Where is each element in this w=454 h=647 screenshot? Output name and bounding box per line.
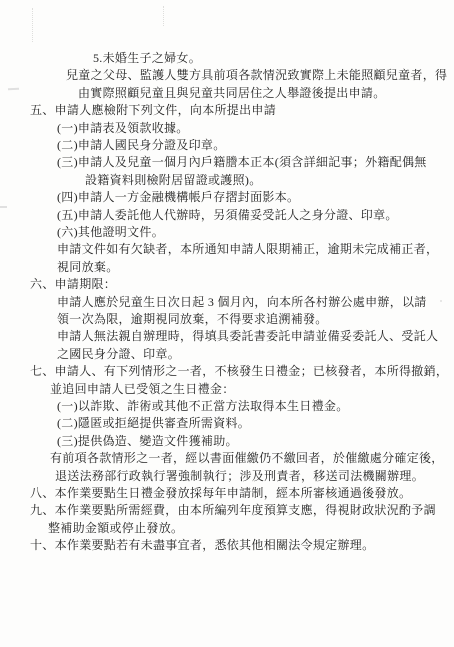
- document-line: 5.未婚生子之婦女。: [93, 50, 201, 67]
- document-line: (四)申請人一方金融機構帳戶存摺封面影本。: [57, 189, 299, 206]
- document-line: 之國民身分證、印章。: [57, 346, 180, 363]
- document-line: 視同放棄。: [57, 259, 119, 276]
- scan-artifact: [440, 300, 442, 302]
- document-line: (二)隱匿或拒絕提供審查所需資料。: [57, 415, 250, 432]
- document-line: 五、申請人應檢附下列文件，向本所提出申請: [30, 102, 276, 119]
- document-line: (三)提供偽造、變造文件獲補助。: [57, 433, 238, 450]
- document-line: 整補助金額或停止發放。: [48, 520, 183, 537]
- document-line: (三)申請人及兒童一個月內戶籍謄本正本(須含詳細記事；外籍配偶無: [57, 154, 427, 171]
- document-line: 申請人無法親自辦理時，得填具委託書委託申請並備妥委託人、受託人: [57, 328, 438, 345]
- document-line: 由實際照顧兒童且與兒童共同居住之人舉證後提出申請。: [78, 85, 386, 102]
- document-line: (五)申請人委託他人代辦時，另須備妥受託人之身分證、印章。: [57, 207, 398, 224]
- document-line: 申請人應於兒童生日次日起 3 個月內，向本所各村辦公處申辦，以請: [57, 294, 427, 311]
- document-line: 九、本作業要點所需經費，由本所編列年度預算支應，得視財政狀況酌予調: [30, 502, 436, 519]
- document-line: 有前項各款情形之一者，經以書面催繳仍不繳回者，於催繳處分確定後，: [50, 450, 444, 467]
- document-line: (一)申請表及領款收據。: [57, 120, 189, 137]
- scan-artifact: [8, 88, 19, 90]
- document-line: (二)申請人國民身分證及印章。: [57, 137, 226, 154]
- document-line: (六)其他證明文件。: [57, 224, 164, 241]
- document-line: 退送法務部行政執行署強制執行；涉及刑責者，移送司法機關辦理。: [55, 468, 424, 485]
- document-line: 七、申請人、有下列情形之一者，不核發生日禮金；已核發者，本所得撤銷，: [30, 363, 448, 380]
- document-line: 八、本作業要點生日禮金發放採每年申請制，經本所審核通過後發放。: [30, 485, 411, 502]
- document-line: 兒童之父母、監護人雙方具前項各款情況致實際上未能照顧兒童者，得: [66, 67, 447, 84]
- document-line: 設籍資料則檢附居留證或護照)。: [85, 172, 262, 189]
- document-line: 申請文件如有欠缺者，本所通知申請人限期補正，逾期未完成補正者，: [57, 241, 438, 258]
- document-line: 六、申請期限：: [30, 276, 116, 293]
- document-line: (一)以詐欺、詐術或其他不正當方法取得本生日禮金。: [57, 398, 349, 415]
- scan-artifact: [32, 8, 34, 42]
- scan-artifact: [163, 6, 165, 26]
- document-page: 5.未婚生子之婦女。兒童之父母、監護人雙方具前項各款情況致實際上未能照顧兒童者，…: [0, 0, 454, 647]
- document-line: 並追回申請人已受領之生日禮金：: [50, 381, 235, 398]
- document-line: 十、本作業要點若有未盡事宜者，悉依其他相關法令規定辦理。: [30, 537, 374, 554]
- document-line: 領一次為限，逾期視同放棄，不得要求追溯補發。: [57, 311, 328, 328]
- scan-artifact: [0, 206, 7, 208]
